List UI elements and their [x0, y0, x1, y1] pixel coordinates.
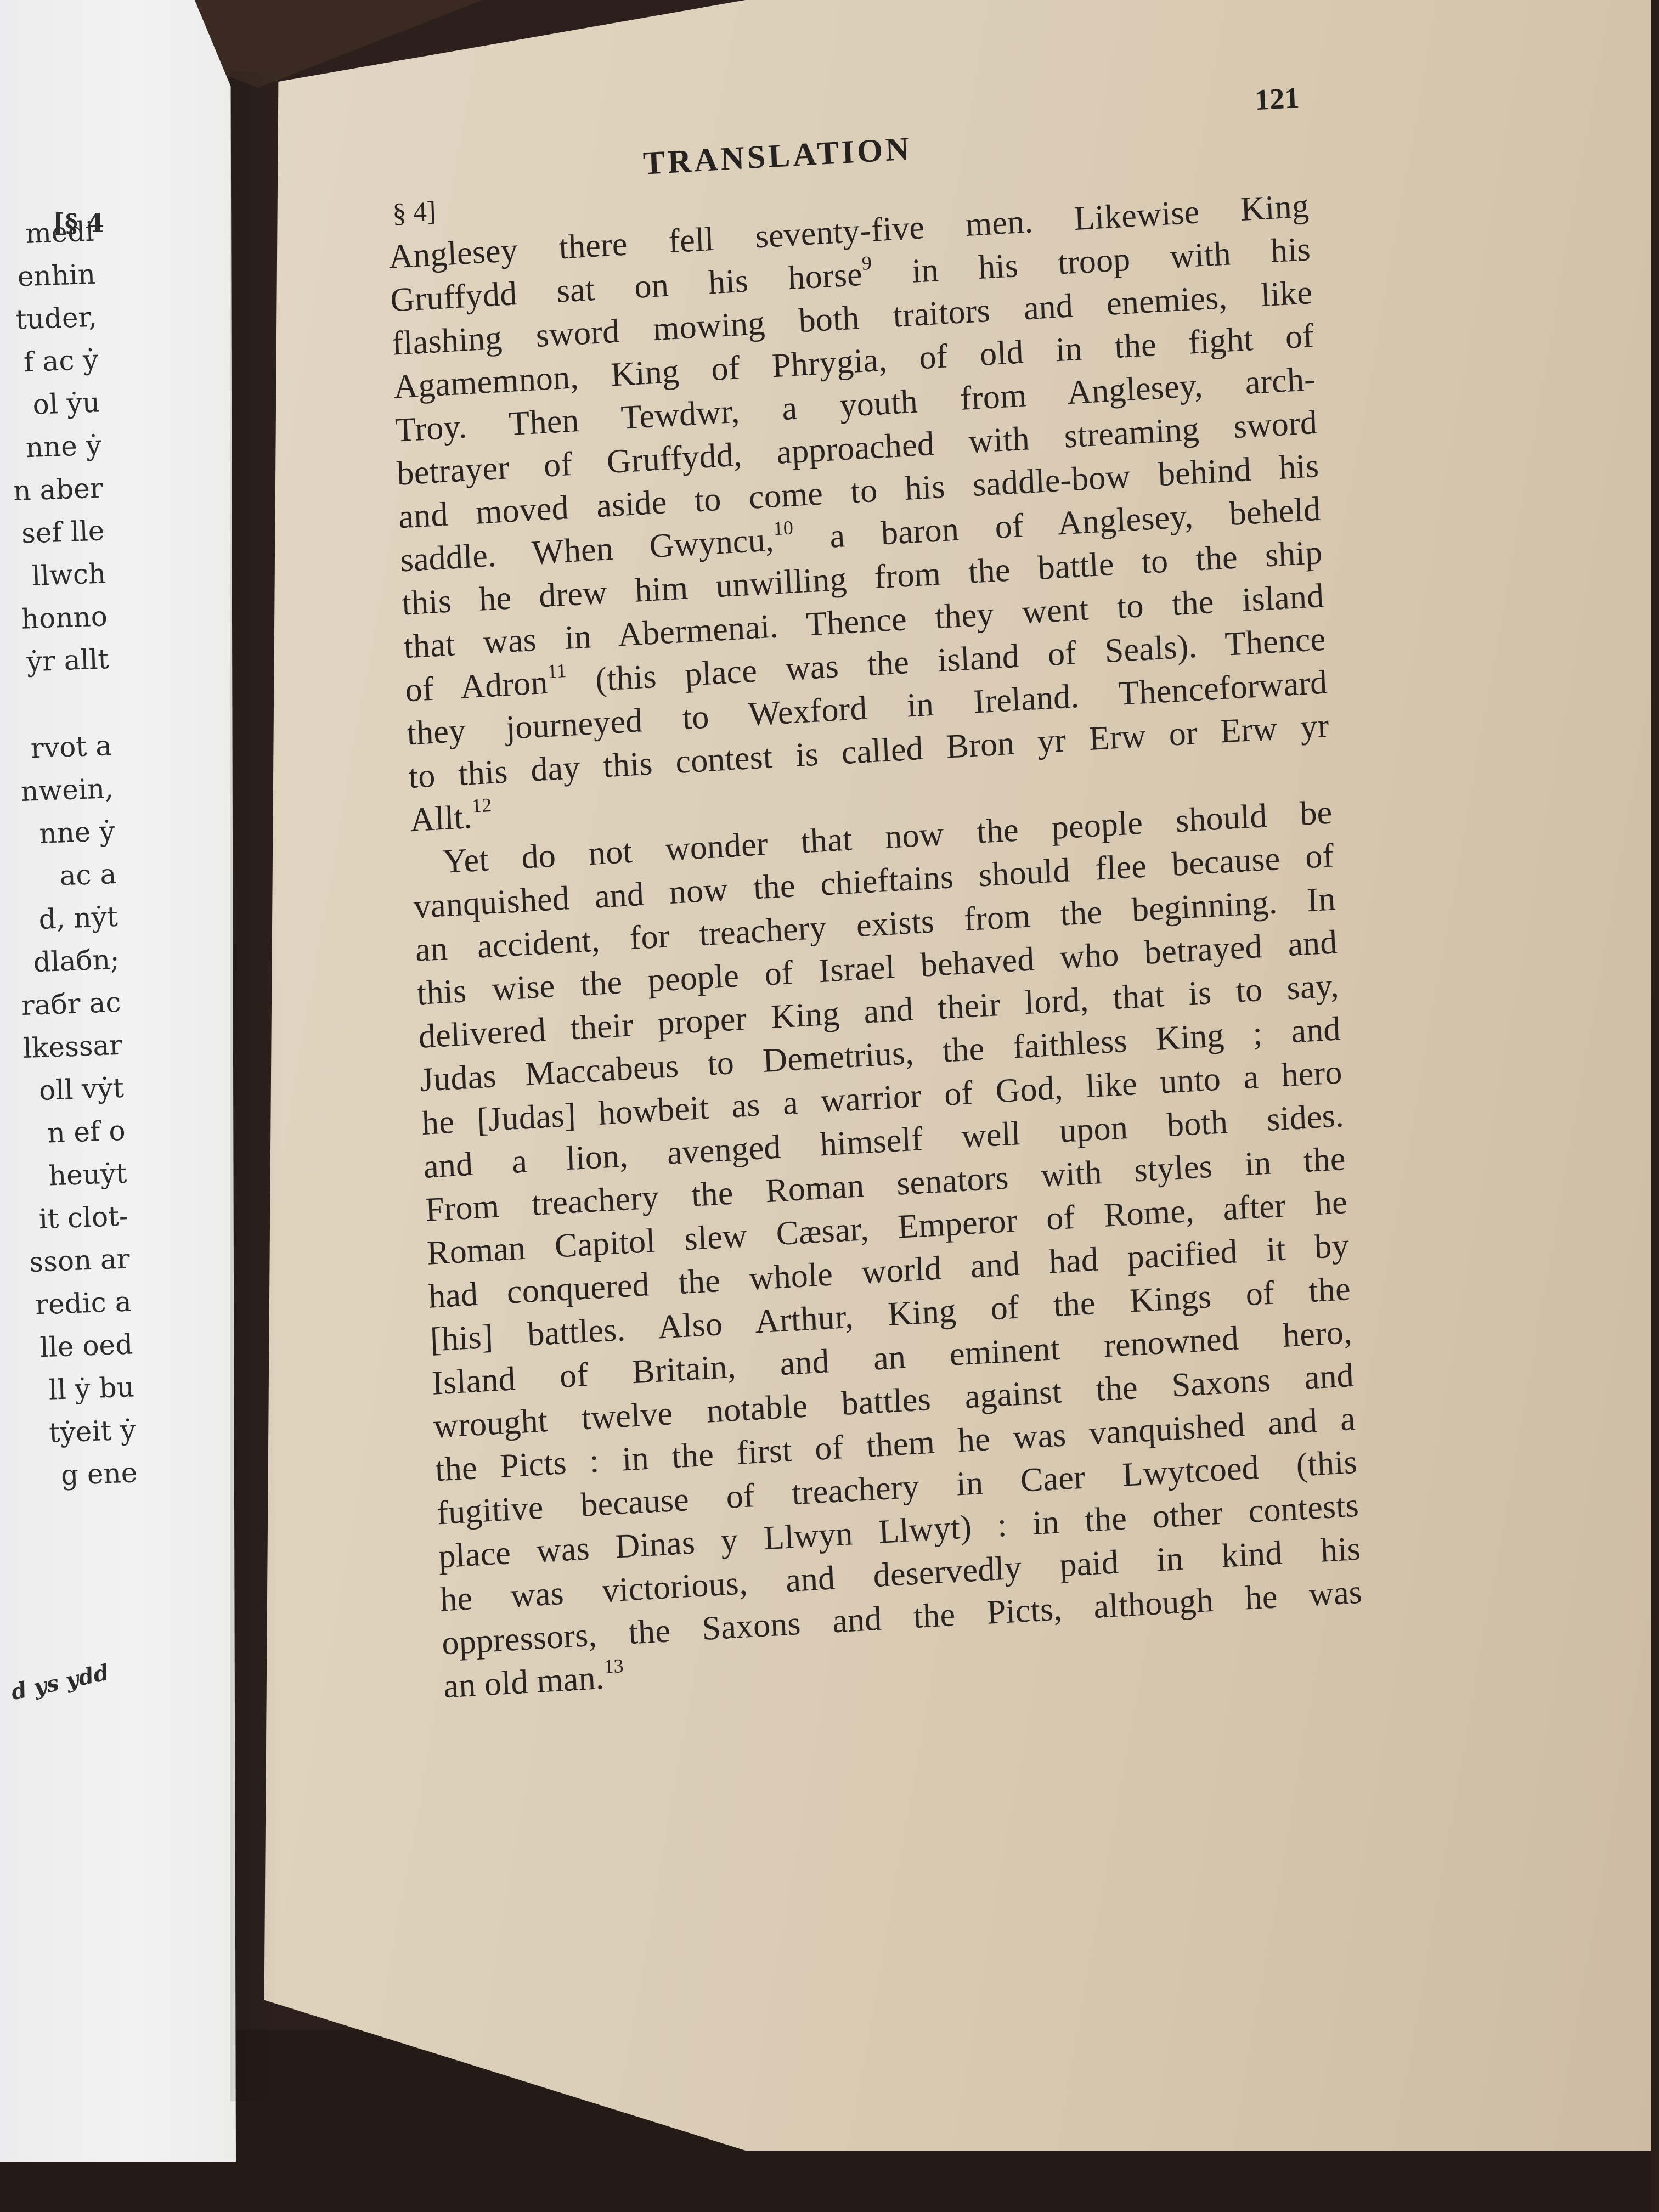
paragraph: Anglesey there fell seventy-five men. Li…	[388, 184, 1331, 842]
left-page-line: lle oed	[17, 1323, 134, 1369]
footnote-marker: 12	[471, 794, 492, 817]
left-page-line: oll vẏt	[8, 1066, 125, 1113]
left-page-line: nne ẏ	[0, 424, 102, 470]
left-page-line: nne ẏ	[0, 810, 116, 856]
right-page-text-block: TRANSLATION 121 § 4] Anglesey there fell…	[384, 86, 1364, 1708]
left-page-line: redic a	[15, 1280, 132, 1327]
left-page-line: d, nẏt	[2, 895, 119, 942]
left-page-line: dlaбn;	[3, 938, 120, 985]
book-gutter	[230, 71, 280, 2101]
left-page-line: medi	[0, 210, 95, 257]
left-page-line: sef lle	[0, 509, 105, 556]
left-page-line: lkessar	[7, 1024, 123, 1070]
section-mark: § 4]	[392, 195, 436, 229]
left-page-line	[0, 680, 111, 728]
left-page-line: n ef o	[9, 1109, 126, 1156]
body-text: Anglesey there fell seventy-five men. Li…	[388, 184, 1365, 1708]
paragraph: Yet do not wonder that now the people sh…	[411, 791, 1364, 1708]
left-page-welsh-text: medienhintuder,f ac ẏol ẏunne ẏn abersef…	[0, 210, 138, 1498]
left-page-line: sson ar	[14, 1238, 131, 1284]
page-title: TRANSLATION	[642, 129, 913, 182]
left-page: [§ 4 medienhintuder,f ac ẏol ẏunne ẏn ab…	[0, 0, 236, 2162]
left-page-line: f ac ẏ	[0, 338, 99, 385]
footnote-marker: 13	[603, 1655, 624, 1678]
left-page-line: raбr ac	[5, 981, 122, 1028]
left-page-line: enhin	[0, 253, 96, 300]
left-page-line: n aber	[0, 466, 104, 513]
left-page-line: rvot a	[0, 724, 112, 771]
page-edge-shadow	[1651, 0, 1659, 2212]
left-page-line: llwch	[0, 552, 106, 599]
footnote-marker: 10	[773, 516, 794, 539]
left-page-line: ac a	[1, 853, 117, 899]
left-page-line: ll ẏ bu	[19, 1365, 136, 1412]
left-page-line: honno	[0, 595, 108, 641]
left-page-line: it clot-	[13, 1195, 129, 1242]
left-page-line: ẏr allt	[0, 637, 110, 684]
page-number: 121	[1254, 81, 1300, 117]
left-page-line: tuder,	[0, 296, 98, 342]
book-photo: [§ 4 medienhintuder,f ac ẏol ẏunne ẏn ab…	[0, 0, 1659, 2212]
left-page-line: ol ẏu	[0, 381, 100, 427]
left-page-line: tẏeit ẏ	[20, 1408, 137, 1455]
left-page-catchword: d ys ydd	[0, 1660, 111, 1708]
left-page-line: heuẏt	[11, 1152, 128, 1199]
footnote-marker: 9	[861, 252, 872, 274]
footnote-marker: 11	[547, 659, 567, 682]
left-page-line: nwein,	[0, 767, 114, 814]
left-page-line: g ene	[21, 1451, 138, 1498]
